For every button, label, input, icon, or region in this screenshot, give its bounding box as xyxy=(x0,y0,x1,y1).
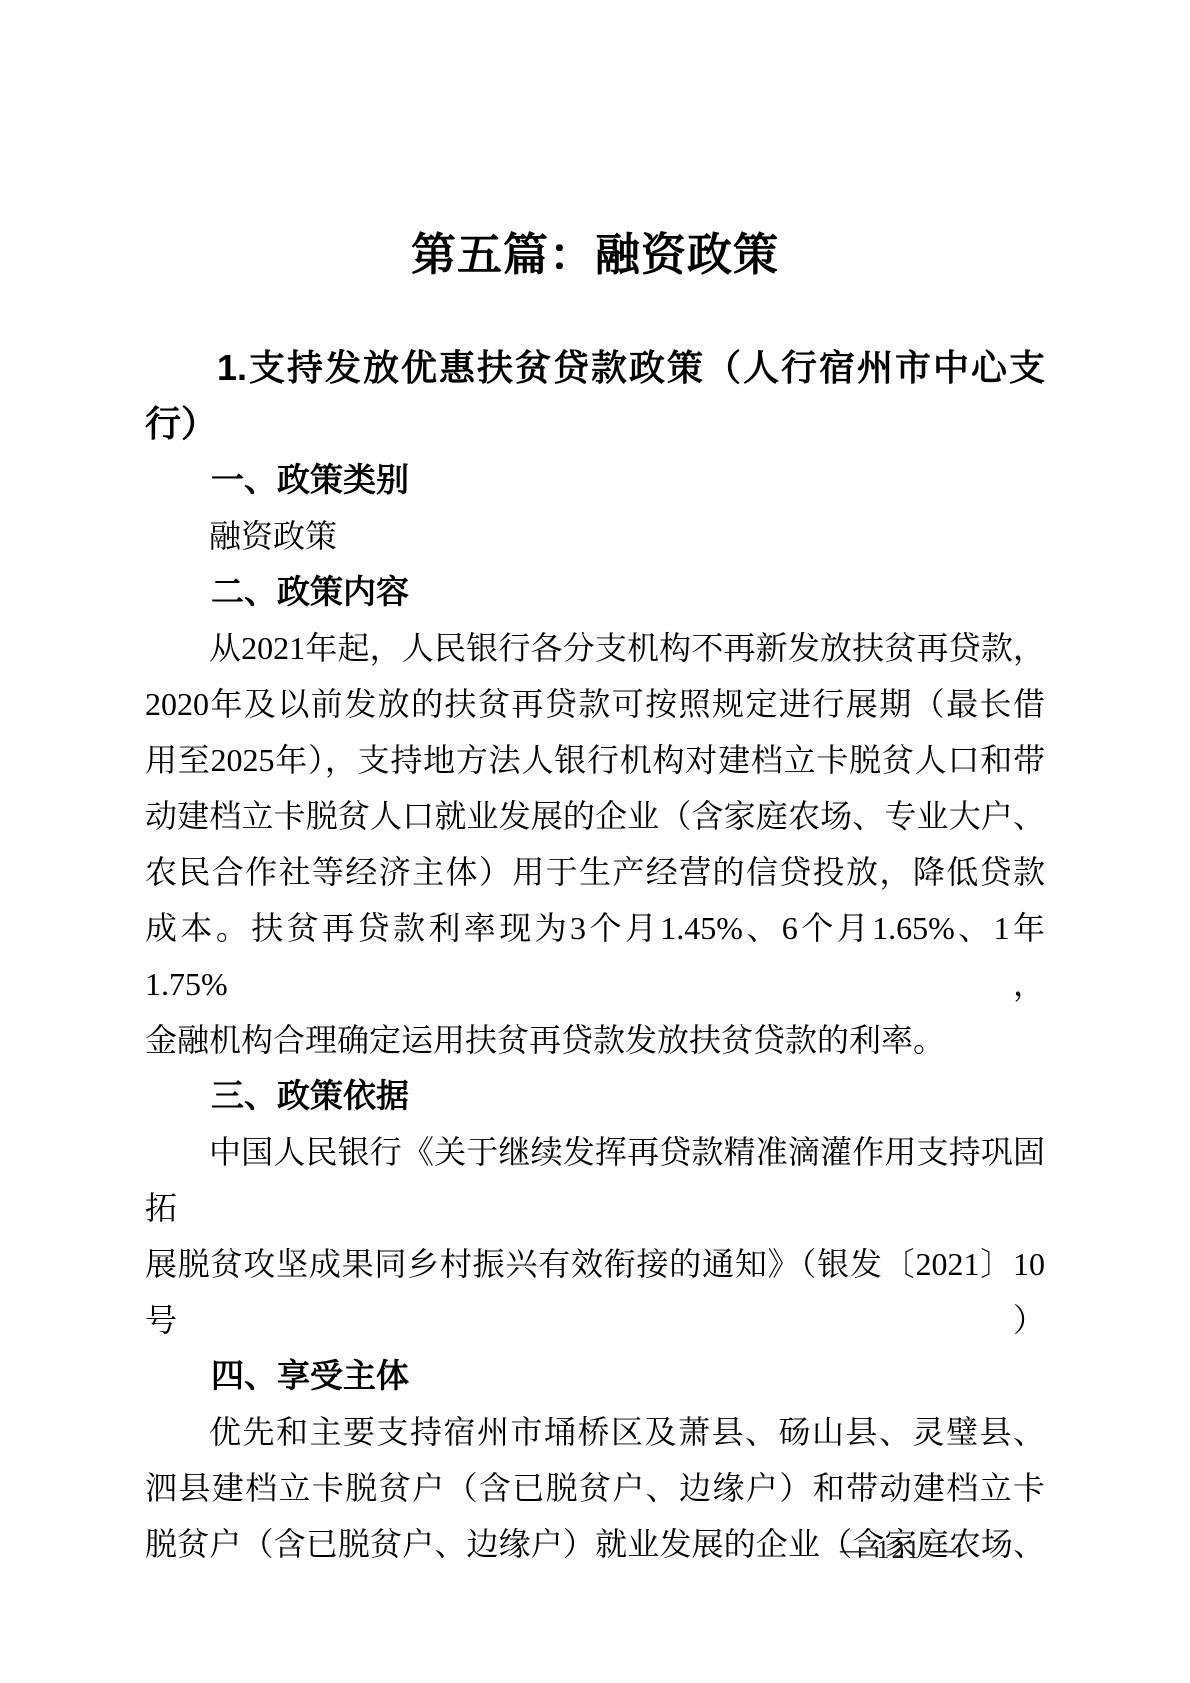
policy-heading-line: 行） xyxy=(145,396,1045,452)
body-line: 优先和主要支持宿州市埇桥区及萧县、砀山县、灵璧县、 xyxy=(145,1404,1045,1460)
page-footer: — 121 — xyxy=(840,1534,958,1566)
policy-heading: 1.支持发放优惠扶贫贷款政策（人行宿州市中心支 行） xyxy=(145,340,1045,452)
body-line: 金融机构合理确定运用扶贫再贷款发放扶贫贷款的利率。 xyxy=(145,1012,1045,1068)
body-line: 泗县建档立卡脱贫户（含已脱贫户、边缘户）和带动建档立卡 xyxy=(145,1460,1045,1516)
body-line: 2020年及以前发放的扶贫再贷款可按照规定进行展期（最长借 xyxy=(145,676,1045,732)
body-line: 融资政策 xyxy=(145,508,1045,564)
section-label: 四、享受主体 xyxy=(145,1348,1045,1404)
document-page: 第五篇：融资政策 1.支持发放优惠扶贫贷款政策（人行宿州市中心支 行） 一、政策… xyxy=(0,0,1190,1683)
section-policy-content: 二、政策内容 从2021年起，人民银行各分支机构不再新发放扶贫再贷款， 2020… xyxy=(145,564,1045,1068)
body-line: 展脱贫攻坚成果同乡村振兴有效衔接的通知》（银发〔2021〕10 号） xyxy=(145,1236,1045,1348)
section-policy-basis: 三、政策依据 中国人民银行《关于继续发挥再贷款精准滴灌作用支持巩固拓 展脱贫攻坚… xyxy=(145,1068,1045,1348)
body-line: 成本。扶贫再贷款利率现为3个月1.45%、6个月1.65%、1年1.75%， xyxy=(145,900,1045,1012)
section-label: 二、政策内容 xyxy=(145,564,1045,620)
section-label: 三、政策依据 xyxy=(145,1068,1045,1124)
policy-heading-line: 1.支持发放优惠扶贫贷款政策（人行宿州市中心支 xyxy=(145,340,1045,396)
body-line: 农民合作社等经济主体）用于生产经营的信贷投放，降低贷款 xyxy=(145,844,1045,900)
body-line: 动建档立卡脱贫人口就业发展的企业（含家庭农场、专业大户、 xyxy=(145,788,1045,844)
page-content: 第五篇：融资政策 1.支持发放优惠扶贫贷款政策（人行宿州市中心支 行） 一、政策… xyxy=(145,0,1045,1572)
body-line: 中国人民银行《关于继续发挥再贷款精准滴灌作用支持巩固拓 xyxy=(145,1124,1045,1236)
page-title: 第五篇：融资政策 xyxy=(145,226,1045,284)
body-line: 用至2025年），支持地方法人银行机构对建档立卡脱贫人口和带 xyxy=(145,732,1045,788)
section-label: 一、政策类别 xyxy=(145,452,1045,508)
body-line: 从2021年起，人民银行各分支机构不再新发放扶贫再贷款， xyxy=(145,620,1045,676)
section-policy-category: 一、政策类别 融资政策 xyxy=(145,452,1045,564)
page-number: — 121 — xyxy=(840,1535,958,1564)
